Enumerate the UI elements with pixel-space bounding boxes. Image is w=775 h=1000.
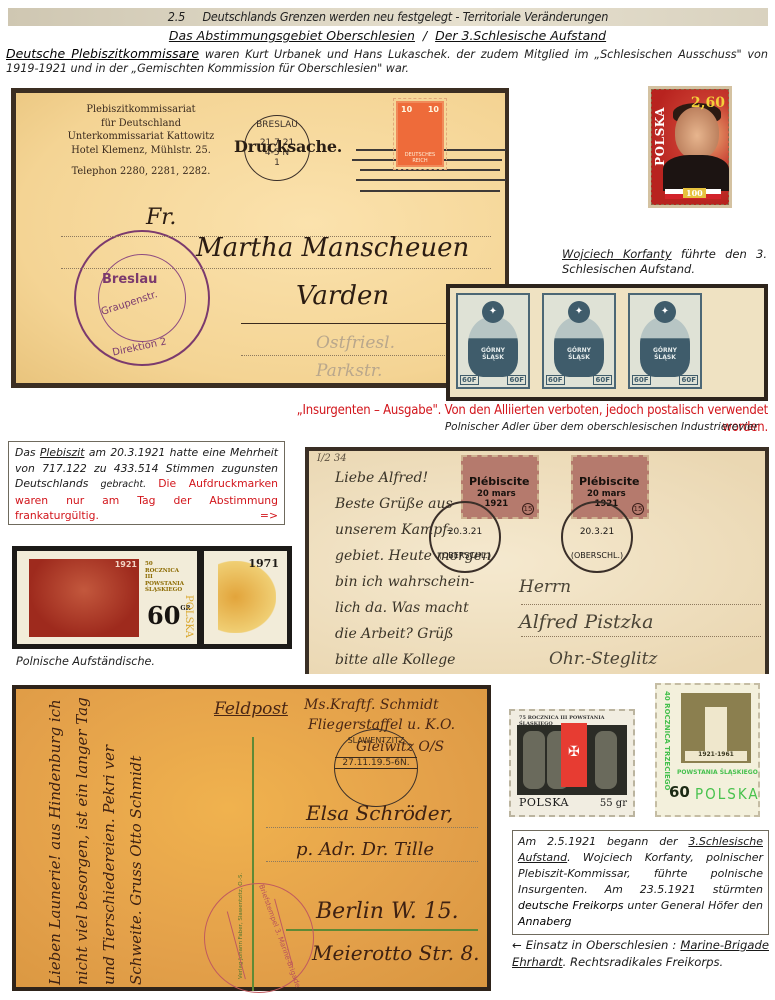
- stamp-75-rocznica: 75 ROCZNICA III POWSTANIA ŚLĄSKIEGO ✠ PO…: [509, 709, 635, 817]
- sender-line: Plebiszitkommissariat: [56, 103, 226, 117]
- page-subtitle: Das Abstimmungsgebiet Oberschlesien / De…: [0, 28, 775, 44]
- address-line: Fr.: [146, 205, 176, 230]
- intro-lead: Deutsche Plebiszitkommissare: [6, 46, 199, 61]
- eagle-caption: Polnischer Adler über dem oberschlesisch…: [300, 420, 758, 434]
- stamp-value: 2,60: [691, 95, 725, 111]
- postcard-feldpost: Feldpost Ms.Kraftf. Schmidt Fliegerstaff…: [12, 685, 491, 991]
- einsatz-caption: ← Einsatz in Oberschlesien : Marine-Brig…: [512, 937, 769, 971]
- korfanty-caption: Wojciech Korfanty führte den 3. Schlesis…: [562, 247, 767, 277]
- anniversary-stamp-1971: 1921 50 ROCZNICA III POWSTANIA ŚLĄSKIEGO…: [12, 546, 292, 649]
- plebiszit-textbox: Das Plebiszit am 20.3.1921 hatte eine Me…: [8, 441, 285, 525]
- arrow-right-icon: =>: [260, 508, 278, 524]
- subtitle-left: Das Abstimmungsgebiet Oberschlesien: [169, 28, 415, 43]
- eagle-icon: ✠: [561, 723, 587, 787]
- gorny-slask-stamp: ✦ GÓRNYŚLĄSK 60F 60F: [542, 293, 616, 389]
- subtitle-separator: /: [423, 28, 427, 43]
- anniversary-caption: Polnische Aufständische.: [16, 655, 155, 668]
- oberschlesien-postmark: 20.3.21 (OBERSCHL.): [561, 501, 633, 573]
- intro-paragraph: Deutsche Plebiszitkommissare waren Kurt …: [6, 47, 768, 76]
- address-line: Ostfriesl.: [316, 333, 395, 353]
- sender-line: für Deutschland: [56, 117, 226, 131]
- postcard-plebiscite: I/2 34 Liebe Alfred! Beste Grüße aus uns…: [305, 447, 769, 674]
- section-title: Deutschlands Grenzen werden neu festgele…: [202, 9, 608, 24]
- sender-telephone: Telephon 2280, 2281, 2282.: [56, 165, 226, 179]
- germania-stamp: 10 10 DEUTSCHES REICH: [396, 101, 444, 167]
- postcard-plebiszitkommissariat: Plebiszitkommissariat für Deutschland Un…: [11, 88, 509, 388]
- marine-brigade-handstamp: Briefstempel 3. Marine-Brigade: [204, 883, 314, 993]
- stamp-tab: 1971: [204, 551, 287, 644]
- address-line: Varden: [296, 281, 389, 311]
- gorny-slask-strip: ✦ GÓRNYŚLĄSK 60F 60F ✦ GÓRNYŚLĄSK 60F 60…: [446, 284, 768, 401]
- sender-line: Hotel Klemenz, Mühlstr. 25.: [56, 144, 226, 158]
- gorny-slask-stamp: ✦ GÓRNYŚLĄSK 60F 60F: [456, 293, 530, 389]
- sender-block: Plebiszitkommissariat für Deutschland Un…: [56, 103, 226, 179]
- drucksache-label: Drucksache.: [234, 137, 342, 156]
- section-header: 2.5 Deutschlands Grenzen werden neu fest…: [8, 8, 768, 26]
- section-number: 2.5: [168, 9, 185, 24]
- address-line: Parkstr.: [316, 361, 382, 381]
- stamp-40-rocznica: 40 ROCZNICA TRZECIEGO 1921·1961 POWSTANI…: [655, 683, 760, 817]
- breslau-handstamp: Breslau Graupenstr. Direktion 2: [74, 230, 210, 366]
- aufstand-textbox: Am 2.5.1921 begann der 3.Schlesische Auf…: [512, 830, 769, 935]
- korfanty-stamp: POLSKA 2,60 100: [648, 86, 732, 208]
- gorny-slask-stamp: ✦ GÓRNYŚLĄSK 60F 60F: [628, 293, 702, 389]
- subtitle-right: Der 3.Schlesische Aufstand: [435, 28, 606, 43]
- slawentzitz-postmark: SLAWENTZITZ 27.11.19.5-6N.: [334, 729, 418, 807]
- sender-line: Unterkommissariat Kattowitz: [56, 130, 226, 144]
- address-line: Martha Manscheuen: [196, 233, 469, 263]
- oberschlesien-postmark: 20.3.21 (OBERSCHL.): [429, 501, 501, 573]
